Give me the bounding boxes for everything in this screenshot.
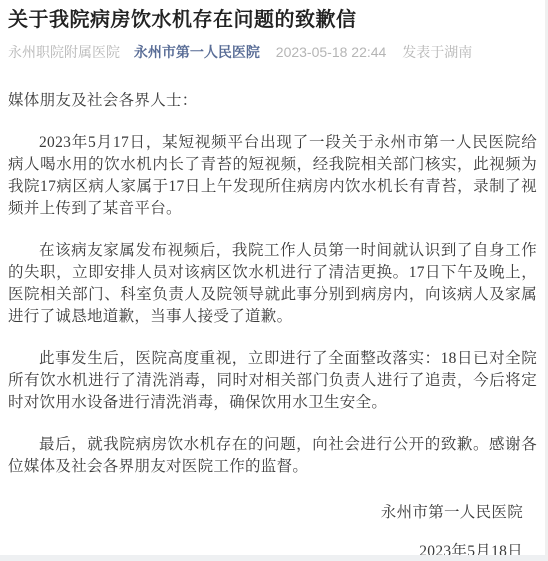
letter-paragraph: 最后，就我院病房饮水机存在的问题，向社会进行公开的致歉。感谢各位媒体及社会各界朋… (8, 434, 537, 478)
letter-paragraph: 此事发生后，医院高度重视，立即进行了全面整改落实：18日已对全院所有饮水机进行了… (8, 348, 537, 414)
article-byline: 永州职院附属医院 永州市第一人民医院 2023-05-18 22:44 发表于湖… (8, 43, 537, 62)
letter-paragraph: 2023年5月17日，某短视频平台出现了一段关于永州市第一人民医院给病人喝水用的… (8, 132, 537, 220)
letter-body: 媒体朋友及社会各界人士： 2023年5月17日，某短视频平台出现了一段关于永州市… (8, 90, 537, 561)
article-content: 关于我院病房饮水机存在问题的致歉信 永州职院附属医院 永州市第一人民医院 202… (0, 0, 545, 561)
article-title: 关于我院病房饮水机存在问题的致歉信 (8, 6, 537, 34)
author-tag: 永州职院附属医院 (8, 43, 120, 62)
account-name-link[interactable]: 永州市第一人民医院 (134, 43, 260, 62)
letter-date: 2023年5月18日 (8, 541, 537, 561)
letter-salutation: 媒体朋友及社会各界人士： (8, 90, 537, 112)
letter-paragraph: 在该病友家属发布视频后，我院工作人员第一时间就认识到了自身工作的失职，立即安排人… (8, 240, 537, 328)
article-page: 关于我院病房饮水机存在问题的致歉信 永州职院附属医院 永州市第一人民医院 202… (0, 0, 548, 561)
letter-signature: 永州市第一人民医院 (8, 502, 537, 524)
publish-location: 发表于湖南 (402, 43, 472, 62)
publish-timestamp: 2023-05-18 22:44 (276, 43, 387, 62)
